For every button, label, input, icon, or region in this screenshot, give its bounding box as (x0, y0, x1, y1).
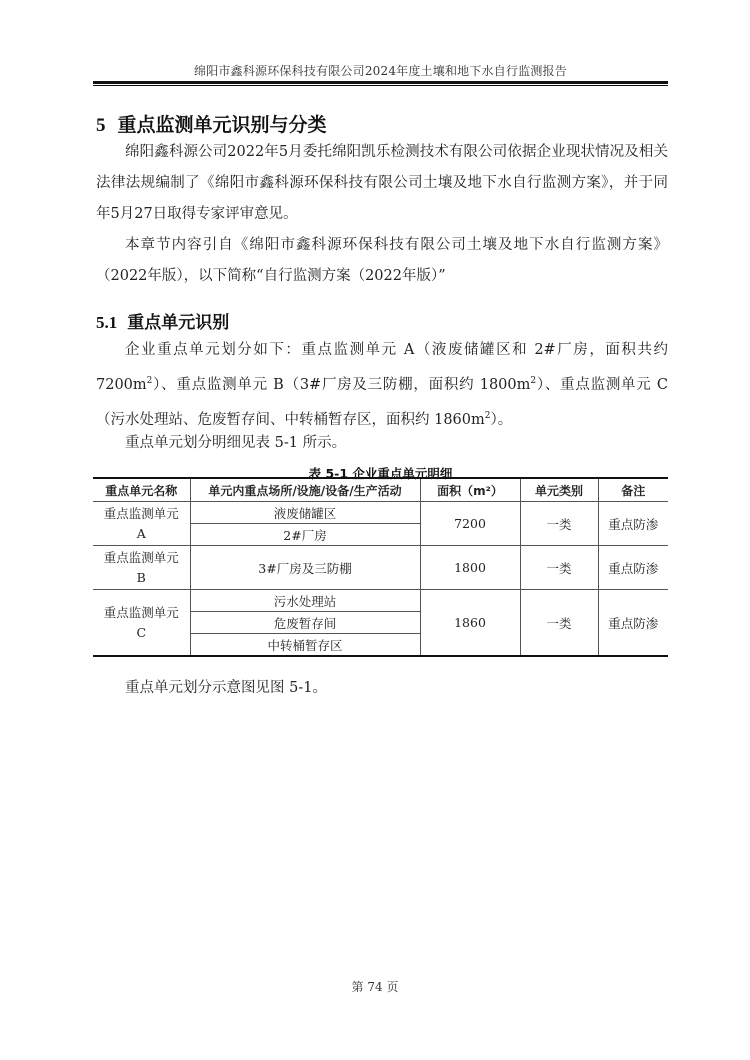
section-paragraph-1: 绵阳鑫科源公司2022年5月委托绵阳凯乐检测技术有限公司依据企业现状情况及相关法… (96, 137, 668, 230)
unit-letter: B (97, 568, 186, 588)
column-header: 面积（m²） (420, 478, 520, 502)
facility-cell: 3#厂房及三防棚 (190, 546, 420, 590)
unit-name: 重点监测单元 (97, 603, 186, 623)
unit-name: 重点监测单元 (97, 548, 186, 568)
subsection-number: 5.1 (96, 313, 117, 332)
note-cell: 重点防渗 (598, 502, 668, 546)
section-number: 5 (96, 115, 106, 136)
text-run: ）、重点监测单元 B（3#厂房及三防棚，面积约 1800m (152, 377, 530, 393)
section-title: 重点监测单元识别与分类 (118, 114, 327, 136)
area-cell: 7200 (420, 502, 520, 546)
column-header: 单元类别 (520, 478, 598, 502)
table-header-row: 重点单元名称 单元内重点场所/设施/设备/生产活动 面积（m²） 单元类别 备注 (93, 478, 668, 502)
unit-name-cell: 重点监测单元 C (93, 590, 190, 657)
note-cell: 重点防渗 (598, 546, 668, 590)
column-header: 单元内重点场所/设施/设备/生产活动 (190, 478, 420, 502)
category-cell: 一类 (520, 590, 598, 657)
subsection-title: 重点单元识别 (127, 313, 229, 333)
table-row: 重点监测单元 C 污水处理站 1860 一类 重点防渗 (93, 590, 668, 612)
area-cell: 1860 (420, 590, 520, 657)
unit-name-cell: 重点监测单元 A (93, 502, 190, 546)
unit-letter: A (97, 524, 186, 544)
unit-name: 重点监测单元 (97, 504, 186, 524)
unit-letter: C (97, 623, 186, 643)
document-page: 绵阳市鑫科源环保科技有限公司2024年度土壤和地下水自行监测报告 5重点监测单元… (0, 0, 750, 1060)
key-units-table: 重点单元名称 单元内重点场所/设施/设备/生产活动 面积（m²） 单元类别 备注… (93, 477, 668, 657)
column-header: 重点单元名称 (93, 478, 190, 502)
running-header: 绵阳市鑫科源环保科技有限公司2024年度土壤和地下水自行监测报告 (93, 62, 668, 79)
category-cell: 一类 (520, 502, 598, 546)
table-row: 重点监测单元 B 3#厂房及三防棚 1800 一类 重点防渗 (93, 546, 668, 590)
table-row: 重点监测单元 A 液废储罐区 7200 一类 重点防渗 (93, 502, 668, 524)
facility-cell: 液废储罐区 (190, 502, 420, 524)
facility-cell: 危废暂存间 (190, 612, 420, 634)
header-rule-thick (93, 81, 668, 84)
column-header: 备注 (598, 478, 668, 502)
section-paragraph-2: 本章节内容引自《绵阳市鑫科源环保科技有限公司土壤及地下水自行监测方案》（2022… (96, 230, 668, 292)
subsection-heading: 5.1重点单元识别 (96, 308, 229, 333)
area-cell: 1800 (420, 546, 520, 590)
facility-cell: 中转桶暂存区 (190, 634, 420, 657)
header-rule-thin (93, 85, 668, 86)
facility-cell: 污水处理站 (190, 590, 420, 612)
subsection-paragraph-2: 重点单元划分明细见表 5-1 所示。 (96, 428, 668, 459)
category-cell: 一类 (520, 546, 598, 590)
subsection-paragraph-1: 企业重点单元划分如下：重点监测单元 A（液废储罐区和 2#厂房，面积共约 720… (96, 335, 668, 436)
page-number: 第 74 页 (0, 978, 750, 995)
facility-cell: 2#厂房 (190, 524, 420, 546)
section-heading: 5重点监测单元识别与分类 (96, 110, 327, 137)
unit-name-cell: 重点监测单元 B (93, 546, 190, 590)
text-run: ）。 (491, 412, 513, 428)
closing-paragraph: 重点单元划分示意图见图 5-1。 (96, 673, 668, 704)
note-cell: 重点防渗 (598, 590, 668, 657)
